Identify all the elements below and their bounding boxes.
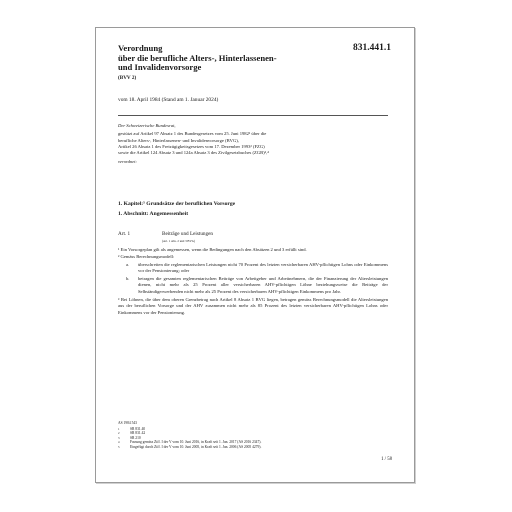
preamble-line: sowie die Artikel 124 Absatz 3 und 124a … (118, 150, 390, 156)
page-number: 1 / 58 (381, 457, 392, 462)
paragraph-1: ¹ Ein Vorsorgeplan gilt als angemessen, … (118, 247, 388, 253)
footnote-number: 5 (118, 445, 130, 450)
preamble-intro: Der Schweizerische Bundesrat, (118, 123, 390, 129)
as-reference: AS 1984 543 (118, 421, 388, 426)
footnote-text: Eingefügt durch Ziff. I der V vom 10. Ju… (130, 445, 261, 450)
list-text: überschreiten die reglementarischen Leis… (138, 262, 388, 275)
preamble: Der Schweizerische Bundesrat, gestützt a… (118, 123, 390, 166)
footnotes: AS 1984 543 1 SR 831.40 2 SR 831.42 3 SR… (118, 421, 388, 450)
section-heading: 1. Abschnitt: Angemessenheit (118, 211, 188, 217)
document-date: vom 18. April 1984 (Stand am 1. Januar 2… (118, 97, 218, 103)
article-body: ¹ Ein Vorsorgeplan gilt als angemessen, … (118, 247, 388, 317)
sr-number: 831.441.1 (353, 43, 391, 53)
divider (118, 115, 388, 116)
paragraph-3: ³ Bei Löhnen, die über dem oberen Grenzb… (118, 297, 388, 316)
list-text: betragen die gesamten reglementarischen … (138, 276, 388, 295)
chapter-heading: 1. Kapitel:⁵ Grundsätze der beruflichen … (118, 201, 235, 207)
preamble-closing: verordnet: (118, 159, 390, 165)
article-reference: (Art. 1 Abs. 2 und 3 BVG) (162, 239, 195, 243)
footnote: 5 Eingefügt durch Ziff. I der V vom 10. … (118, 445, 388, 450)
document-title: Verordnung über die berufliche Alters-, … (118, 44, 277, 73)
article-label: Art. 1 (118, 231, 130, 237)
document-page: 831.441.1 Verordnung über die berufliche… (95, 27, 415, 483)
list-mark: a. (118, 262, 138, 275)
title-line: und Invalidenvorsorge (118, 63, 277, 73)
list-item: b. betragen die gesamten reglementarisch… (118, 276, 388, 295)
list-item: a. überschreiten die reglementarischen L… (118, 262, 388, 275)
list-mark: b. (118, 276, 138, 295)
article-title: Beiträge und Leistungen (162, 231, 213, 237)
document-abbreviation: (BVV 2) (118, 75, 136, 81)
paragraph-2-intro: ² Gemäss Berechnungsmodell: (118, 254, 388, 260)
